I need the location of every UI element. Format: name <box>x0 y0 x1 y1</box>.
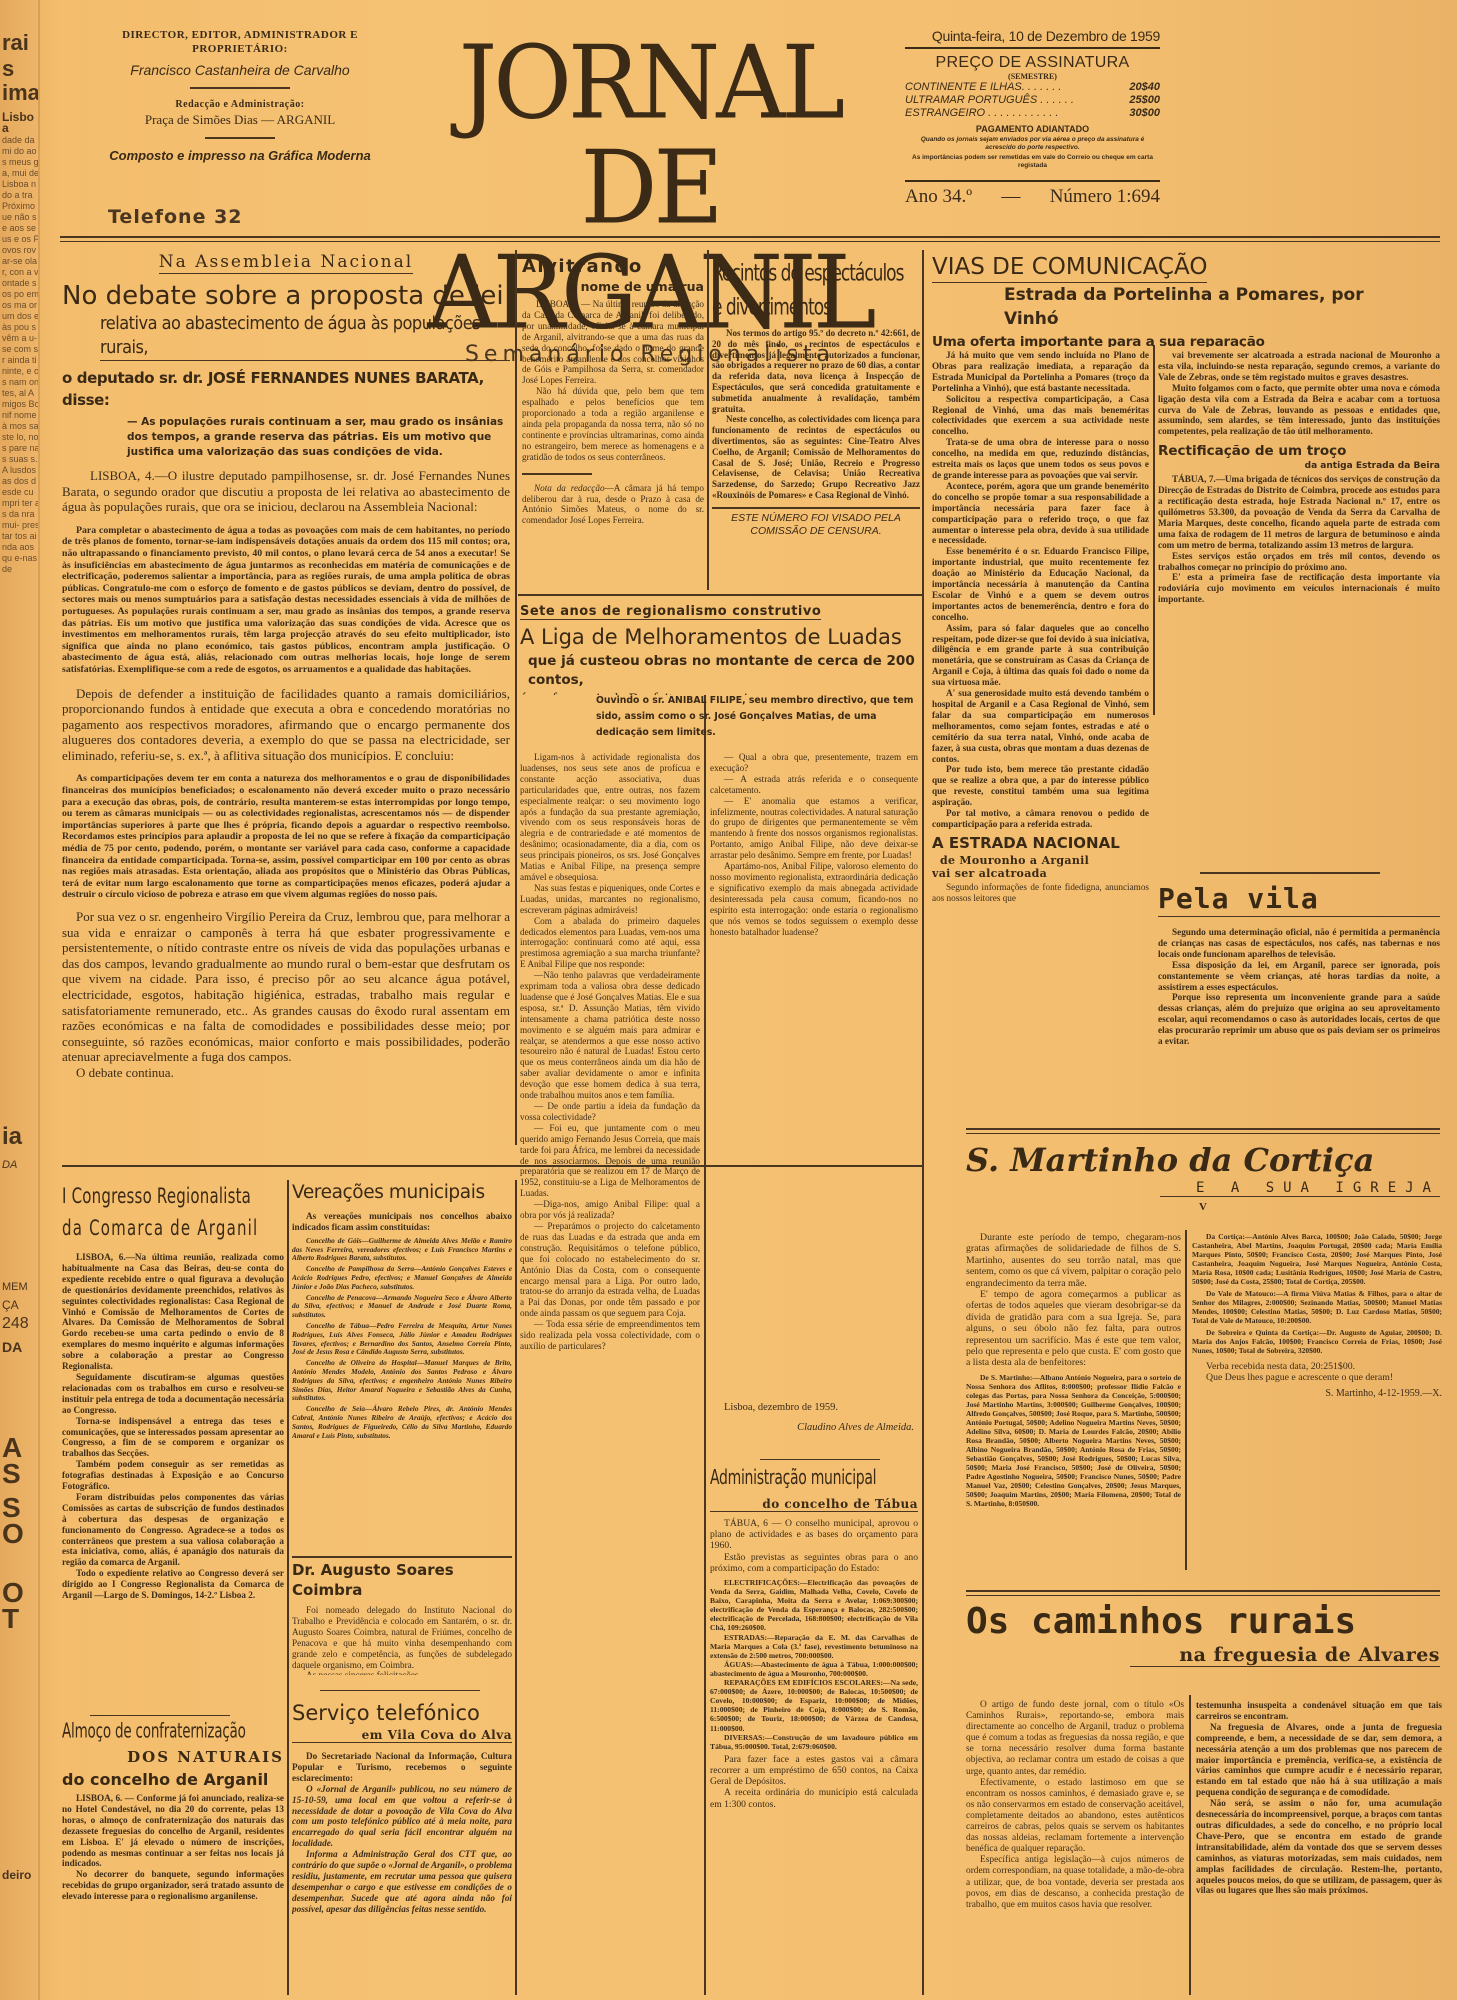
article-telefonico: Serviço telefónico em Vila Cova do Alva … <box>292 1700 512 1998</box>
payment-note: Quando os jornais sejam enviados por via… <box>905 136 1160 152</box>
article-kicker: Na Assembleia Nacional <box>159 252 413 274</box>
article-body: Já há muito que vem sendo incluída no Pl… <box>932 350 1149 830</box>
director-name: Francisco Castanheira de Carvalho <box>80 62 400 78</box>
article-assembleia: Na Assembleia Nacional No debate sobre a… <box>62 252 510 1152</box>
masthead: DIRECTOR, EDITOR, ADMINISTRADOR E PROPRI… <box>60 0 1440 240</box>
list-item: Concelho de Tábua—Pedro Ferreira de Mesq… <box>292 1322 512 1357</box>
issue-number-row: Ano 34.º — Número 1:694 <box>905 180 1160 208</box>
article-body: testemunha insuspeita a condenável situa… <box>1196 1700 1442 1896</box>
issue-number: Número 1:694 <box>1050 186 1160 208</box>
article-body: vai brevemente ser alcatroada a estrada … <box>1158 350 1440 437</box>
article-headline: S. Martinho da Cortiça <box>966 1140 1440 1180</box>
article-subhead: E A SUA IGREJA <box>1160 1180 1440 1197</box>
part-number: V <box>966 1201 1440 1213</box>
article-body: Por sua vez o sr. engenheiro Virgílio Pe… <box>62 909 510 1081</box>
section-rule <box>292 1556 512 1558</box>
payment-note: As importâncias podem ser remetidas em v… <box>905 154 1160 170</box>
article-alvitrando: Alvitrando o nome de uma rua LISBOA, 3 —… <box>522 256 704 586</box>
adjacent-headline: Lisboa <box>2 112 40 134</box>
article-body: ELECTRIFICAÇÕES:—Electrificação das povo… <box>710 1578 918 1751</box>
article-body: LISBOA, 3 — Na última reunião da direcçã… <box>522 299 704 463</box>
divider <box>190 87 290 89</box>
director-label: DIRECTOR, EDITOR, ADMINISTRADOR E PROPRI… <box>80 28 400 56</box>
article-headline: Os caminhos rurais <box>966 1600 1440 1644</box>
article-vias-col2: vai brevemente ser alcatroada a estrada … <box>1158 350 1440 710</box>
article-liga-byline: Ouvindo o sr. ANIBAL FILIPE, seu membro … <box>596 693 920 748</box>
article-vias-col1: Já há muito que vem sendo incluída no Pl… <box>932 350 1149 1125</box>
column-rule <box>707 250 709 590</box>
article-martinho-header: S. Martinho da Cortiça E A SUA IGREJA V <box>966 1140 1440 1230</box>
article-headline: Serviço telefónico <box>292 1700 512 1726</box>
donor-list: Da Cortiça:—António Alves Barca, 100$00;… <box>1192 1232 1442 1355</box>
article-body: Depois de defender a instituição de faci… <box>62 686 510 764</box>
article-subhead: do concelho de Tábua <box>710 1497 918 1512</box>
article-headline: Vereações municipais <box>292 1180 512 1206</box>
dateline: Lisboa, dezembro de 1959. <box>724 1402 838 1413</box>
article-headline: Dr. Augusto Soares Coimbra <box>292 1560 512 1600</box>
issue-date: Quinta-feira, 10 de Dezembro de 1959 <box>905 28 1160 49</box>
list-item: Concelho de Seia—Álvaro Rebelo Pires, dr… <box>292 1405 512 1440</box>
council-list: Concelho de Góis—Guilherme de Almeida Al… <box>292 1237 512 1441</box>
article-congresso: I Congresso Regionalista da Comarca de A… <box>62 1180 284 1710</box>
article-kicker: Sete anos de regionalismo construtivo <box>520 604 821 620</box>
article-caminhos-col2: testemunha insuspeita a condenável situa… <box>1196 1700 1442 1998</box>
article-subhead: Uma oferta importante para a sua reparaç… <box>932 334 1265 347</box>
price-period: (SEMESTRE) <box>905 72 1160 81</box>
column-rule <box>515 250 517 1145</box>
signature: Claudino Alves de Almeida. <box>797 1422 914 1433</box>
article-byline: Ouvindo o sr. ANIBAL FILIPE, seu membro … <box>596 693 920 741</box>
article-body: Foi nomeado delegado do Instituto Nacion… <box>292 1605 512 1675</box>
article-body: As comparticipações devem ter em conta a… <box>62 773 510 901</box>
article-body: O artigo de fundo deste jornal, com o tí… <box>966 1700 1184 1911</box>
article-recintos: Recintos de espectáculos e divertimentos… <box>712 256 920 586</box>
section-rule <box>518 594 922 596</box>
masthead-publisher-block: DIRECTOR, EDITOR, ADMINISTRADOR E PROPRI… <box>80 28 400 163</box>
article-kicker: VIAS DE COMUNICAÇÃO <box>932 252 1207 283</box>
article-subhead: da antiga Estrada da Beira <box>1158 461 1440 471</box>
subscription-block: Quinta-feira, 10 de Dezembro de 1959 PRE… <box>905 28 1160 208</box>
price-title: PREÇO DE ASSINATURA <box>905 54 1160 72</box>
article-body: O «Jornal de Arganil» publicou, no seu n… <box>292 1784 512 1915</box>
address: Praça de Simões Dias — ARGANIL <box>80 112 400 128</box>
price-row: ESTRANGEIRO . . . . . . . . . . . .30$00 <box>905 107 1160 120</box>
adjacent-page-strip: rais ima Lisboa dade da mi do aos meus g… <box>0 0 40 2000</box>
article-martinho-col2: Da Cortiça:—António Alves Barca, 100$00;… <box>1192 1232 1442 1577</box>
section-rule <box>966 1133 1440 1134</box>
list-item: Concelho de Oliveira do Hospital—Manuel … <box>292 1359 512 1403</box>
article-headline: Almoço de confraternização <box>62 1718 284 1745</box>
article-vias-header: VIAS DE COMUNICAÇÃO Estrada da Portelinh… <box>932 252 1440 347</box>
article-pela-vila: Pela vila Segundo uma determinação ofici… <box>1158 882 1440 1125</box>
article-body: TÁBUA, 6 — O conselho municipal, aprovou… <box>710 1518 918 1574</box>
list-item: Concelho de Pampilhosa da Serra—António … <box>292 1265 512 1291</box>
article-tabua: Administração municipal do concelho de T… <box>710 1465 918 1995</box>
article-liga-header: Sete anos de regionalismo construtivo A … <box>520 600 920 695</box>
column-rule <box>1153 345 1155 715</box>
column-rule <box>515 1180 517 1995</box>
article-almoco: Almoço de confraternização DOS NATURAIS … <box>62 1718 284 1998</box>
article-headline: o deputado sr. dr. JOSÉ FERNANDES NUNES … <box>62 367 510 411</box>
article-headline: A Liga de Melhoramentos de Luadas <box>520 622 920 652</box>
printer: Composto e impresso na Gráfica Moderna <box>80 148 400 163</box>
column-rule <box>1189 1695 1191 1995</box>
article-subhead: que já custeou obras no montante de cerc… <box>528 652 920 690</box>
article-body: Segundo informações de fonte fidedigna, … <box>932 882 1149 904</box>
article-headline: da Comarca de Arganil <box>62 1212 284 1244</box>
article-body: Do Secretariado Nacional da Informação, … <box>292 1751 512 1784</box>
article-headline: Recintos de espectáculos <box>712 256 920 291</box>
list-item: Concelho de Góis—Guilherme de Almeida Al… <box>292 1237 512 1263</box>
article-caminhos-col1: O artigo de fundo deste jornal, com o tí… <box>966 1700 1184 1998</box>
article-headline: A ESTRADA NACIONAL <box>932 834 1149 852</box>
article-subhead: vai ser alcatroada <box>932 867 1149 880</box>
section-rule <box>966 1590 1440 1592</box>
year: Ano 34.º <box>905 186 972 208</box>
article-subhead: de Mouronho a Arganil <box>940 854 1149 867</box>
divider <box>1200 872 1380 874</box>
donor-list: De S. Martinho:—Albano António Nogueira,… <box>966 1373 1181 1508</box>
price-row: CONTINENTE E ILHAS. . . . . . .20$40 <box>905 81 1160 94</box>
section-rule <box>966 1128 1440 1130</box>
article-headline: I Congresso Regionalista <box>62 1180 284 1212</box>
article-body: Ligam-nos à actividade regionalista dos … <box>520 752 700 1352</box>
article-body: Para completar o abastecimento de água a… <box>62 525 510 676</box>
divider <box>205 137 275 139</box>
article-martinho-col1: Durante este período de tempo, chegaram-… <box>966 1232 1181 1577</box>
section-rule <box>966 1595 1440 1596</box>
article-body: Segundo uma determinação oficial, não é … <box>1158 927 1440 1047</box>
article-body: Para fazer face a estes gastos vai a câm… <box>710 1754 918 1810</box>
editor-note: Nota da redacção—A câmara já há tempo de… <box>522 483 704 527</box>
payment-terms: PAGAMENTO ADIANTADO <box>905 124 1160 134</box>
article-deck: — As populações rurais continuam a ser, … <box>127 415 510 460</box>
article-headline: No debate sobre a proposta de lei <box>62 280 510 312</box>
censorship-notice: ESTE NÚMERO FOI VISADO PELA COMISSÃO DE … <box>712 507 920 538</box>
signature: S. Martinho, 4-12-1959.—X. <box>1192 1388 1442 1399</box>
article-headline: Administração municipal <box>710 1465 918 1491</box>
column-rule <box>704 695 706 1995</box>
article-body: TÁBUA, 7.—Uma brigada de técnicos dos se… <box>1158 474 1440 605</box>
article-body: Nos termos do artigo 95.º do decreto n.º… <box>712 328 920 501</box>
article-body: — Qual a obra que, presentemente, trazem… <box>710 752 918 937</box>
article-headline: DOS NATURAIS <box>62 1748 284 1766</box>
article-headline: Pela vila <box>1158 882 1440 917</box>
column-rule <box>1185 1230 1187 1570</box>
masthead-rule <box>60 236 1440 242</box>
redaccao-label: Redacção e Administração: <box>80 98 400 112</box>
adjacent-headline: rais <box>2 30 40 82</box>
article-lead: LISBOA, 4.—O ilustre deputado pampilhose… <box>62 468 510 515</box>
article-headline: Alvitrando <box>522 256 704 277</box>
article-body: As vereações municipais nos concelhos ab… <box>292 1211 512 1233</box>
article-body: Durante este período de tempo, chegaram-… <box>966 1232 1181 1369</box>
article-headline: do concelho de Arganil <box>62 1770 284 1789</box>
list-item: Concelho de Penacova—Armando Nogueira Se… <box>292 1294 512 1320</box>
divider <box>522 473 592 475</box>
article-liga-col2: — Qual a obra que, presentemente, trazem… <box>710 752 918 1457</box>
article-coimbra: Dr. Augusto Soares Coimbra Foi nomeado d… <box>292 1560 512 1675</box>
divider <box>90 1715 230 1716</box>
article-subhead: em Vila Cova do Alva <box>292 1728 512 1743</box>
newspaper-page: rais ima Lisboa dade da mi do aos meus g… <box>0 0 1457 2000</box>
divider <box>760 1459 880 1460</box>
article-vereacoes: Vereações municipais As vereações munici… <box>292 1180 512 1555</box>
article-liga-col1: Ligam-nos à actividade regionalista dos … <box>520 752 700 1992</box>
article-body: LISBOA, 6.—Na última reunião, realizada … <box>62 1252 284 1601</box>
price-row: ULTRAMAR PORTUGUÊS . . . . . .25$00 <box>905 94 1160 107</box>
adjacent-headline: ima <box>2 80 40 106</box>
phone: Telefone 32 <box>108 206 243 228</box>
adjacent-headline: ia <box>2 1124 40 1150</box>
article-headline: Estrada da Portelinha a Pomares, por Vin… <box>1004 283 1384 331</box>
article-caminhos-header: Os caminhos rurais na freguesia de Alvar… <box>966 1600 1440 1695</box>
article-subhead: o nome de uma rua <box>522 279 704 294</box>
divider <box>320 1690 480 1691</box>
column-rule <box>287 1180 289 1995</box>
column-rule <box>922 250 924 1995</box>
article-body: LISBOA, 6. — Conforme já foi anunciado, … <box>62 1793 284 1902</box>
article-subhead: na freguesia de Alvares <box>1130 1644 1440 1667</box>
article-body: Verba recebida nesta data, 20:251$00. Qu… <box>1192 1361 1442 1384</box>
article-headline: e divertimentos <box>712 290 920 325</box>
article-headline: relativa ao abastecimento de água às pop… <box>100 312 510 361</box>
article-headline: Rectificação de um troço <box>1158 443 1440 459</box>
